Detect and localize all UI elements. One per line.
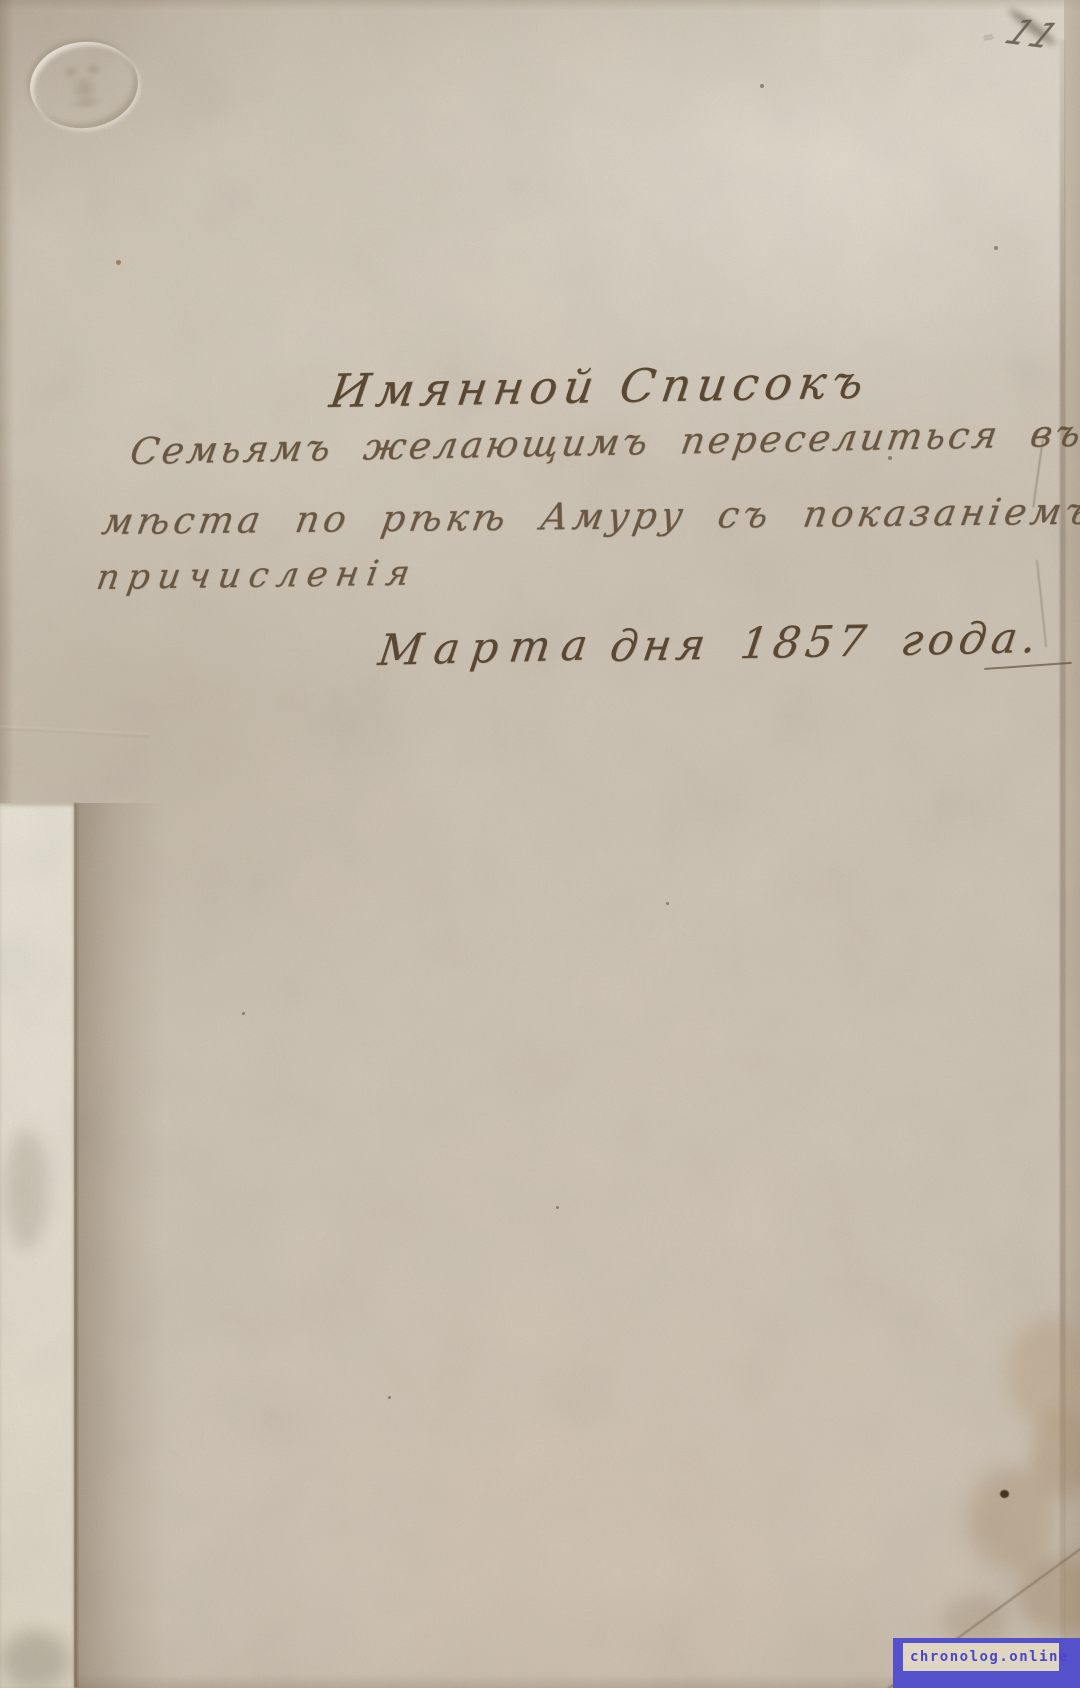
paper-speck [760, 84, 764, 88]
foxing-stain [966, 1468, 1056, 1572]
paper-speck [116, 260, 121, 265]
watermark-text: chronolog.online [903, 1649, 1069, 1665]
manuscript-date-month: Марта [375, 620, 601, 676]
underlying-page-strip [0, 803, 76, 1688]
paper-speck [888, 456, 892, 460]
paper-speck [242, 1012, 245, 1015]
eagle-emboss-icon [53, 57, 114, 111]
watermark-panel: chronolog.online [903, 1643, 1059, 1671]
paper-speck [666, 902, 669, 905]
page-fold-shadow [78, 803, 174, 1688]
foxing-stain [942, 1596, 1008, 1644]
smudge [4, 1130, 48, 1250]
smudge [0, 1630, 70, 1688]
archival-document-photo: ≈ 11 Имянной Списокъ Семьямъ желающимъ п… [0, 0, 1080, 1688]
paper-speck [388, 1396, 391, 1399]
ink-spot [1000, 1490, 1009, 1498]
manuscript-date-rest: дня 1857 года. [607, 613, 1044, 672]
manuscript-line: причисленія [94, 554, 421, 598]
paper-speck [556, 1206, 559, 1209]
manuscript-title: Имянной Списокъ [326, 355, 872, 418]
site-watermark: chronolog.online [893, 1638, 1080, 1688]
paper-speck [994, 246, 998, 250]
